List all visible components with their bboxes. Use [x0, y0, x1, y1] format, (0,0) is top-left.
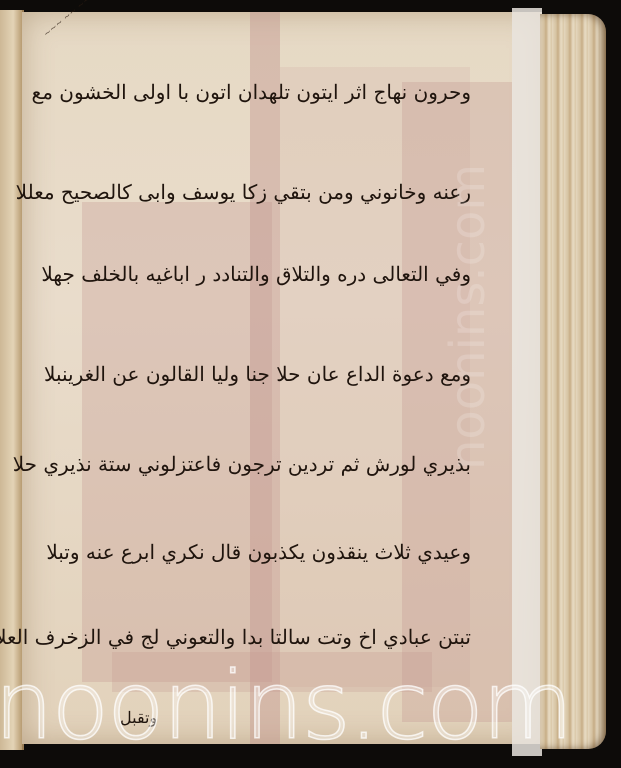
manuscript-line-6: وعيدي ثلاث ينقذون يكذبون قال نكري ابرع ع… — [46, 540, 471, 564]
manuscript-line-1: وحرون نهاج اثر ايتون تلهدان اتون با اولى… — [32, 80, 471, 104]
watermark-vertical: noonins.com — [440, 164, 496, 470]
paper-strip — [512, 8, 542, 756]
manuscript-line-7: تبتن عبادي اخ وتت سالتا بدا والتعوني لج … — [0, 625, 471, 649]
marginal-notes: ~~~ ~~ ~~~~ ~~ ~~~ — [42, 0, 138, 40]
manuscript-line-2: رعنه وخانوني ومن بتقي زكا يوسف وابى كالص… — [16, 180, 471, 204]
manuscript-line-5: بذيري لورش ثم تردين ترجون فاعتزلوني ستة … — [13, 452, 471, 476]
watermark-horizontal: noonins.com — [0, 660, 621, 754]
page-edges — [540, 14, 606, 749]
manuscript-line-3: وفي التعالى دره والتلاق والتنادد ر اباغي… — [41, 262, 471, 286]
manuscript-line-4: ومع دعوة الداع عان حلا جنا وليا القالون … — [44, 362, 471, 386]
